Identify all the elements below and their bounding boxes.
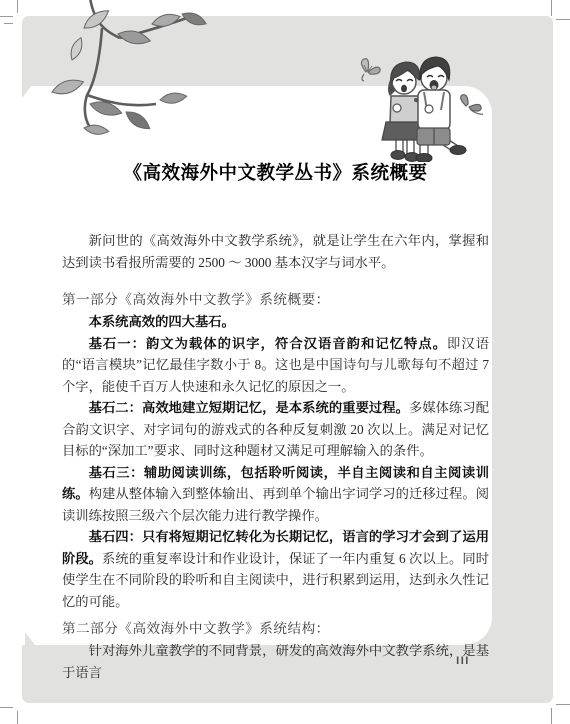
body-paragraph: 针对海外儿童教学的不同背景，研发的高效海外中文教学系统，是基于语言	[62, 640, 489, 683]
leaves-illustration	[32, 0, 227, 152]
section-part2: 第二部分《高效海外中文教学》系统结构： 针对海外儿童教学的不同背景，研发的高效海…	[62, 618, 489, 683]
body-paragraph: 基石四：只有将短期记忆转化为长期记忆，语言的学习才会到了运用阶段。系统的重复率设…	[62, 526, 489, 612]
butterfly-icon	[361, 59, 380, 81]
body-paragraph: 基石一：韵文为载体的识字，符合汉语音韵和记忆特点。即汉语的“语言模块”记忆最佳字…	[62, 333, 489, 398]
paragraph-lead: 基石二：高效地建立短期记忆，是本系统的重要过程。	[89, 400, 409, 415]
book-page: 《高效海外中文教学丛书》系统概要 新问世的《高效海外中文教学系统》，就是让学生在…	[0, 0, 570, 724]
band-notch-top	[22, 85, 32, 98]
crop-mark-bottom-left-h	[0, 707, 13, 708]
crop-mark-top-left-v	[17, 0, 18, 13]
paragraph-text: 构建从整体输入到整体输出、再到单个输出字词学习的迁移过程。阅读训练按照三级六个层…	[62, 486, 489, 523]
intro-paragraph: 新问世的《高效海外中文教学系统》，就是让学生在六年内，掌握和达到读书看报所需要的…	[62, 230, 489, 274]
butterfly-icon	[461, 95, 483, 114]
paragraph-text: 系统的重复率设计和作业设计，保证了一年内重复 6 次以上。同时使学生在不同阶段的…	[62, 551, 489, 609]
leaf-cluster	[50, 6, 208, 136]
section-part1: 第一部分《高效海外中文教学》系统概要： 本系统高效的四大基石。 基石一：韵文为载…	[62, 289, 489, 612]
children-illustration	[350, 50, 495, 162]
crop-mark-top-right-h	[556, 19, 570, 20]
boy-figure	[416, 57, 466, 162]
paragraph-text: 针对海外儿童教学的不同背景，研发的高效海外中文教学系统，是基于语言	[62, 643, 489, 680]
band-notch-bottom	[25, 632, 35, 645]
paragraph-lead: 基石一：韵文为载体的识字，符合汉语音韵和记忆特点。	[89, 336, 447, 351]
crop-mark-top-left-h2	[4, 23, 13, 24]
crop-mark-bottom-right-v	[551, 708, 552, 724]
crop-mark-bottom-left-v	[17, 711, 18, 724]
section-heading: 第二部分《高效海外中文教学》系统结构：	[62, 618, 489, 640]
body-paragraph: 基石二：高效地建立短期记忆，是本系统的重要过程。多媒体练习配合韵文识字、对字词句…	[62, 397, 489, 462]
page-title: 《高效海外中文教学丛书》系统概要	[62, 160, 489, 186]
crop-mark-bottom-right-h	[556, 704, 570, 705]
body-paragraph: 本系统高效的四大基石。	[62, 311, 489, 333]
paragraph-lead: 本系统高效的四大基石。	[89, 314, 235, 329]
crop-mark-top-right-v	[551, 0, 552, 16]
text-column: 《高效海外中文教学丛书》系统概要 新问世的《高效海外中文教学系统》，就是让学生在…	[62, 160, 489, 683]
crop-mark-top-left-h	[0, 16, 13, 17]
section-heading: 第一部分《高效海外中文教学》系统概要：	[62, 289, 489, 311]
body-paragraph: 基石三：辅助阅读训练，包括聆听阅读，半自主阅读和自主阅读训练。构建从整体输入到整…	[62, 462, 489, 527]
